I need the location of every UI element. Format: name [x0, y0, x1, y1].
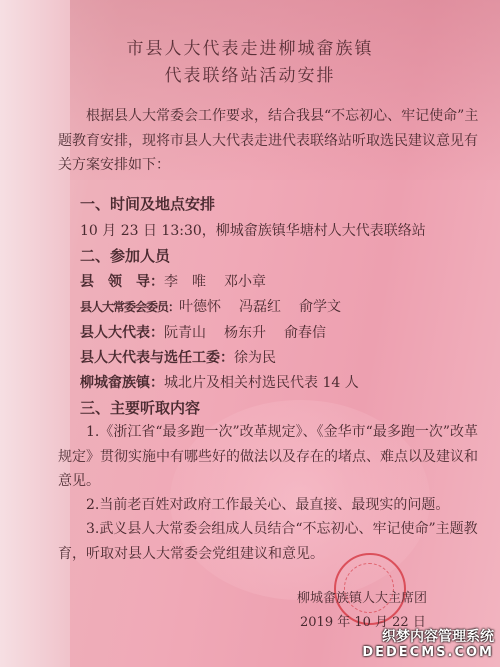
intro-paragraph: 根据县人大常委会工作要求，结合我县“不忘初心、牢记使命”主题教育安排，现将市县人… — [58, 104, 483, 178]
content-item-3: 3.武义县人大常委会组成人员结合“不忘初心、牢记使命”主题教育，听取对县人大常委… — [58, 517, 483, 566]
group-label: 县人大代表与选任工委： — [80, 350, 234, 366]
attendee-name: 阮青山 — [164, 322, 206, 342]
group-label: 县人大常委会委员： — [80, 300, 179, 314]
group-label: 县人大代表： — [80, 325, 164, 341]
content-item-2: 2.当前老百姓对政府工作最关心、最直接、最现实的问题。 — [58, 493, 483, 518]
attendee-name: 李 唯 — [164, 271, 206, 291]
site-watermark: 织梦内容管理系统 DEDECMS.COM — [362, 629, 494, 661]
group-label: 柳城畲族镇： — [80, 375, 164, 391]
attendee-group-county-leaders: 县 领 导：李 唯邓小章 — [80, 271, 284, 291]
watermark-line-2: DEDECMS.COM — [362, 645, 494, 661]
attendee-name: 邓小章 — [224, 271, 266, 291]
section-2-heading: 二、参加人员 — [80, 245, 170, 266]
attendee-group-town: 柳城畲族镇：城北片及相关村选民代表 14 人 — [80, 372, 377, 392]
attendee-name: 俞春信 — [284, 322, 326, 342]
attendee-name: 城北片及相关村选民代表 14 人 — [164, 372, 359, 392]
attendee-group-committee-members: 县人大常委会委员：叶德怀冯磊红俞学文 — [80, 296, 359, 316]
signature-org: 柳城畲族镇人大主席团 — [297, 587, 427, 606]
attendee-name: 俞学文 — [299, 296, 341, 316]
content-item-1: 1.《浙江省“最多跑一次”改革规定》、《金华市“最多跑一次”改革规定》贯彻实施中… — [58, 420, 483, 494]
section-1-content: 10 月 23 日 13:30，柳城畲族镇华塘村人大代表联络站 — [80, 220, 426, 240]
title-line-2: 代表联络站活动安排 — [0, 61, 500, 86]
group-label: 县 领 导： — [80, 274, 164, 290]
attendee-name: 冯磊红 — [239, 296, 281, 316]
attendee-name: 叶德怀 — [179, 296, 221, 316]
attendee-name: 杨东升 — [224, 322, 266, 342]
attendee-name: 徐为民 — [234, 347, 276, 367]
section-3-heading: 三、主要听取内容 — [80, 397, 200, 418]
title-line-1: 市县人大代表走进柳城畲族镇 — [0, 34, 500, 59]
watermark-line-1: 织梦内容管理系统 — [362, 629, 494, 645]
attendee-group-deputies: 县人大代表：阮青山杨东升俞春信 — [80, 322, 344, 342]
signature-date: 2019 年 10 月 22 日 — [300, 611, 426, 630]
attendee-group-election-committee: 县人大代表与选任工委：徐为民 — [80, 347, 294, 367]
section-1-heading: 一、时间及地点安排 — [80, 193, 215, 214]
notice-document: 市县人大代表走进柳城畲族镇 代表联络站活动安排 根据县人大常委会工作要求，结合我… — [0, 0, 500, 667]
